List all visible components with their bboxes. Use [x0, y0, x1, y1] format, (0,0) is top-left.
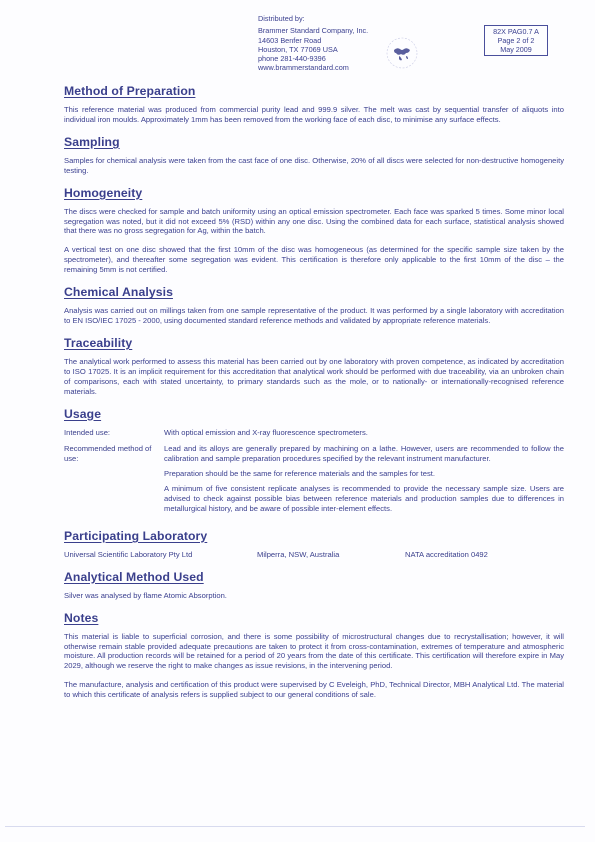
laboratory-accreditation: NATA accreditation 0492 — [405, 550, 488, 560]
section-text: The analytical work performed to assess … — [64, 357, 564, 397]
section-participating-laboratory: Participating Laboratory Universal Scien… — [64, 529, 564, 560]
page-number: Page 2 of 2 — [485, 36, 547, 45]
distributor-phone: phone 281-440-9396 — [258, 54, 448, 63]
section-heading: Chemical Analysis — [64, 285, 564, 299]
laboratory-row: Universal Scientific Laboratory Pty Ltd … — [64, 550, 564, 560]
usage-value: A minimum of five consistent replicate a… — [164, 484, 564, 514]
section-heading: Homogeneity — [64, 186, 564, 200]
section-text: The discs were checked for sample and ba… — [64, 207, 564, 237]
certificate-body: Method of Preparation This reference mat… — [64, 84, 564, 710]
section-heading: Notes — [64, 611, 564, 625]
distributed-by-label: Distributed by: — [258, 14, 448, 23]
usage-method-row: Recommended method of use: Lead and its … — [64, 444, 564, 518]
section-heading: Sampling — [64, 135, 564, 149]
usage-label: Intended use: — [64, 428, 164, 438]
usage-value: Preparation should be the same for refer… — [164, 469, 564, 479]
section-method-of-preparation: Method of Preparation This reference mat… — [64, 84, 564, 125]
section-heading: Method of Preparation — [64, 84, 564, 98]
section-chemical-analysis: Chemical Analysis Analysis was carried o… — [64, 285, 564, 326]
distributor-address-line2: Houston, TX 77069 USA — [258, 45, 448, 54]
reference-code: 82X PAG0.7 A — [485, 27, 547, 36]
usage-label: Recommended method of use: — [64, 444, 152, 518]
distributor-company: Brammer Standard Company, Inc. — [258, 26, 448, 35]
section-traceability: Traceability The analytical work perform… — [64, 336, 564, 397]
section-notes: Notes This material is liable to superfi… — [64, 611, 564, 700]
usage-method-body: Lead and its alloys are generally prepar… — [164, 444, 564, 518]
section-text: Samples for chemical analysis were taken… — [64, 156, 564, 176]
issue-date: May 2009 — [485, 45, 547, 54]
section-heading: Analytical Method Used — [64, 570, 564, 584]
section-text: Silver was analysed by flame Atomic Abso… — [64, 591, 564, 601]
page-bottom-edge — [5, 826, 585, 827]
document-reference-box: 82X PAG0.7 A Page 2 of 2 May 2009 — [484, 25, 548, 56]
section-heading: Usage — [64, 407, 564, 421]
section-heading: Traceability — [64, 336, 564, 350]
usage-value: With optical emission and X-ray fluoresc… — [164, 428, 564, 438]
section-usage: Usage Intended use: With optical emissio… — [64, 407, 564, 519]
section-sampling: Sampling Samples for chemical analysis w… — [64, 135, 564, 176]
globe-seal-icon — [385, 36, 419, 70]
section-text: Analysis was carried out on millings tak… — [64, 306, 564, 326]
section-homogeneity: Homogeneity The discs were checked for s… — [64, 186, 564, 275]
section-text: This reference material was produced fro… — [64, 105, 564, 125]
usage-value: Lead and its alloys are generally prepar… — [164, 444, 564, 464]
laboratory-name: Universal Scientific Laboratory Pty Ltd — [64, 550, 257, 560]
section-heading: Participating Laboratory — [64, 529, 564, 543]
section-text: This material is liable to superficial c… — [64, 632, 564, 672]
section-text: The manufacture, analysis and certificat… — [64, 680, 564, 700]
distributor-address-line1: 14603 Benfer Road — [258, 36, 448, 45]
section-analytical-method: Analytical Method Used Silver was analys… — [64, 570, 564, 601]
section-text: A vertical test on one disc showed that … — [64, 245, 564, 275]
laboratory-location: Milperra, NSW, Australia — [257, 550, 405, 560]
distributor-block: Distributed by: Brammer Standard Company… — [258, 14, 448, 73]
usage-intended-row: Intended use: With optical emission and … — [64, 428, 564, 438]
distributor-website: www.brammerstandard.com — [258, 63, 448, 72]
